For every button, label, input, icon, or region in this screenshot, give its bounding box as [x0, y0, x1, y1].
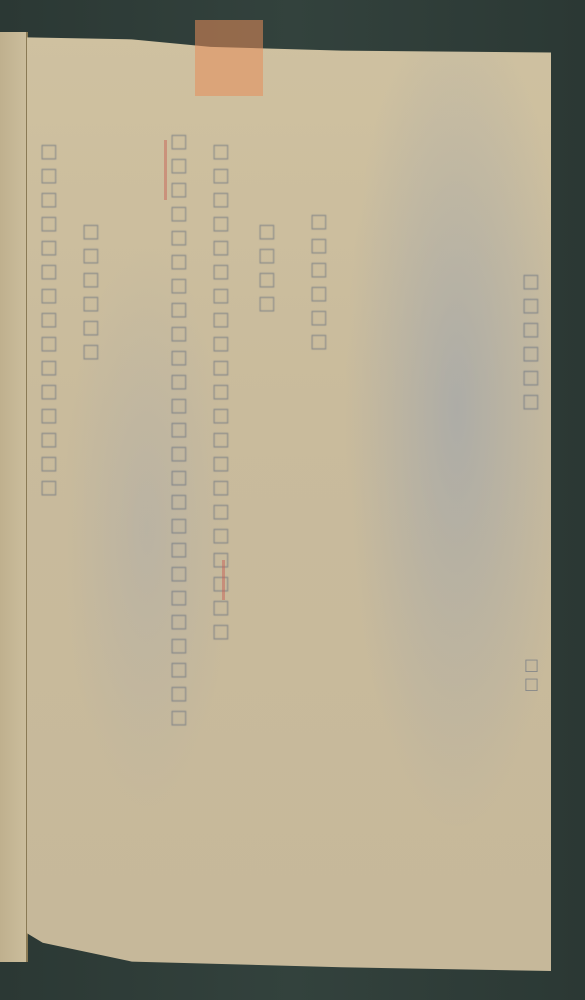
- page-number: □□: [522, 655, 541, 693]
- previous-page-edge: [0, 32, 28, 962]
- text-column: □□□□□□□□□□□□□□□: [40, 140, 59, 500]
- text-column: □□□□□□: [82, 220, 101, 364]
- title-column: □□□□□□: [522, 270, 541, 414]
- text-column: □□□□□□: [310, 210, 329, 354]
- red-annotation-mark: [222, 560, 225, 600]
- book-page: [27, 28, 551, 971]
- text-column: □□□□: [258, 220, 277, 316]
- red-seal: [195, 20, 263, 96]
- red-annotation-mark: [164, 140, 167, 200]
- text-column: □□□□□□□□□□□□□□□□□□□□□□□□□: [170, 130, 189, 730]
